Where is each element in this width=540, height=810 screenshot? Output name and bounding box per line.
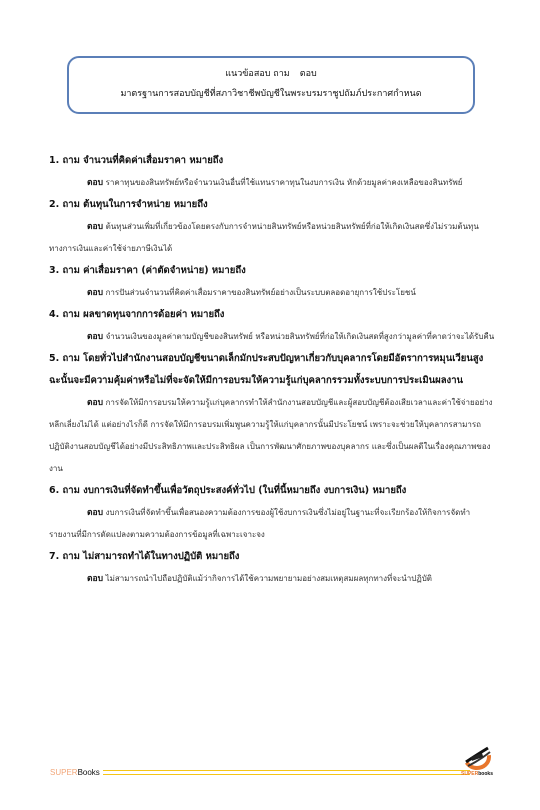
- question: 4. ถาม ผลขาดทุนจากการด้อยค่า หมายถึง: [49, 304, 495, 326]
- brand-super: SUPER: [50, 768, 78, 777]
- qa-item-4: 4. ถาม ผลขาดทุนจากการด้อยค่า หมายถึง ตอบ…: [49, 304, 495, 348]
- answer: ตอบ การปันส่วนจำนวนที่คิดค่าเสื่อมราคาขอ…: [49, 282, 495, 304]
- logo-super: SUPER: [461, 771, 478, 777]
- logo-books: books: [478, 771, 493, 777]
- qa-item-2: 2. ถาม ต้นทุนในการจำหน่าย หมายถึง ตอบ ต้…: [49, 194, 495, 260]
- footer-divider: [103, 770, 470, 775]
- answer-text: จำนวนเงินของมูลค่าตามบัญชีของสินทรัพย์ ห…: [106, 332, 495, 341]
- answer: ตอบ การจัดให้มีการอบรมให้ความรู้แก่บุคลา…: [49, 392, 495, 480]
- answer-label: ตอบ: [87, 508, 103, 518]
- answer-text: ราคาทุนของสินทรัพย์หรือจำนวนเงินอื่นที่ใ…: [106, 178, 463, 187]
- question: 6. ถาม งบการเงินที่จัดทำขึ้นเพื่อวัตถุปร…: [49, 480, 495, 502]
- title-line-2: มาตรฐานการสอบบัญชีที่สภาวิชาชีพบัญชีในพร…: [69, 87, 473, 101]
- answer-text: การจัดให้มีการอบรมให้ความรู้แก่บุคลากรทำ…: [49, 398, 493, 473]
- question: 2. ถาม ต้นทุนในการจำหน่าย หมายถึง: [49, 194, 495, 216]
- question: 5. ถาม โดยทั่วไปสำนักงานสอบบัญชีขนาดเล็ก…: [49, 348, 495, 392]
- answer-label: ตอบ: [87, 288, 103, 298]
- answer: ตอบ งบการเงินที่จัดทำขึ้นเพื่อสนองความต้…: [49, 502, 495, 546]
- answer-label: ตอบ: [87, 178, 103, 188]
- logo-swoosh-icon: [454, 742, 500, 772]
- answer: ตอบ ราคาทุนของสินทรัพย์หรือจำนวนเงินอื่น…: [49, 172, 495, 194]
- question: 1. ถาม จำนวนที่คิดค่าเสื่อมราคา หมายถึง: [49, 150, 495, 172]
- footer-brand: SUPERBooks: [50, 768, 100, 777]
- answer-label: ตอบ: [87, 222, 103, 232]
- answer: ตอบ ต้นทุนส่วนเพิ่มที่เกี่ยวข้องโดยตรงกั…: [49, 216, 495, 260]
- qa-list: 1. ถาม จำนวนที่คิดค่าเสื่อมราคา หมายถึง …: [49, 150, 495, 590]
- answer-label: ตอบ: [87, 332, 103, 342]
- answer: ตอบ จำนวนเงินของมูลค่าตามบัญชีของสินทรัพ…: [49, 326, 495, 348]
- qa-item-3: 3. ถาม ค่าเสื่อมราคา (ค่าตัดจำหน่าย) หมา…: [49, 260, 495, 304]
- qa-item-6: 6. ถาม งบการเงินที่จัดทำขึ้นเพื่อวัตถุปร…: [49, 480, 495, 546]
- logo-wordmark: SUPERbooks: [454, 771, 500, 777]
- title-question-label: แนวข้อสอบ ถาม: [225, 69, 289, 79]
- answer-text: ไม่สามารถนำไปถือปฏิบัติแม้ว่ากิจการได้ใช…: [106, 574, 432, 583]
- answer: ตอบ ไม่สามารถนำไปถือปฏิบัติแม้ว่ากิจการไ…: [49, 568, 495, 590]
- title-box: แนวข้อสอบ ถามตอบ มาตรฐานการสอบบัญชีที่สภ…: [67, 56, 475, 114]
- answer-text: งบการเงินที่จัดทำขึ้นเพื่อสนองความต้องกา…: [49, 508, 470, 539]
- question: 3. ถาม ค่าเสื่อมราคา (ค่าตัดจำหน่าย) หมา…: [49, 260, 495, 282]
- qa-item-7: 7. ถาม ไม่สามารถทำได้ในทางปฏิบัติ หมายถึ…: [49, 546, 495, 590]
- answer-text: ต้นทุนส่วนเพิ่มที่เกี่ยวข้องโดยตรงกับการ…: [49, 222, 479, 253]
- brand-books: Books: [78, 768, 100, 777]
- title-answer-label: ตอบ: [300, 69, 317, 79]
- title-line-1: แนวข้อสอบ ถามตอบ: [69, 67, 473, 81]
- qa-item-5: 5. ถาม โดยทั่วไปสำนักงานสอบบัญชีขนาดเล็ก…: [49, 348, 495, 480]
- answer-label: ตอบ: [87, 574, 103, 584]
- answer-text: การปันส่วนจำนวนที่คิดค่าเสื่อมราคาของสิน…: [106, 288, 416, 297]
- answer-label: ตอบ: [87, 398, 103, 408]
- superbooks-logo: SUPERbooks: [454, 742, 500, 782]
- page-footer: SUPERBooks: [50, 766, 470, 778]
- qa-item-1: 1. ถาม จำนวนที่คิดค่าเสื่อมราคา หมายถึง …: [49, 150, 495, 194]
- question: 7. ถาม ไม่สามารถทำได้ในทางปฏิบัติ หมายถึ…: [49, 546, 495, 568]
